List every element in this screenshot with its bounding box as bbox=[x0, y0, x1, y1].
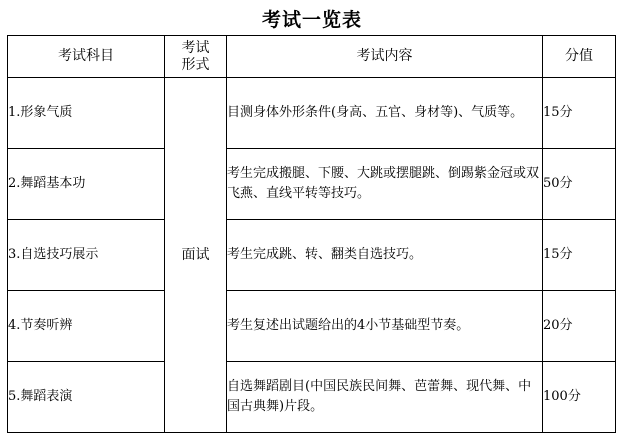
header-format: 考试 形式 bbox=[165, 36, 227, 78]
table-row: 2.舞蹈基本功 考生完成搬腿、下腰、大跳或摆腿跳、倒踢紫金冠或双飞燕、直线平转等… bbox=[8, 149, 616, 220]
score-cell: 15分 bbox=[543, 78, 616, 149]
header-format-line-1: 考试 bbox=[165, 40, 226, 57]
subject-cell: 4.节奏听辨 bbox=[8, 291, 165, 362]
exam-table: 考试科目 考试 形式 考试内容 分值 1.形象气质 面试 目测身体外形条件(身高… bbox=[7, 35, 616, 433]
content-cell: 目测身体外形条件(身高、五官、身材等)、气质等。 bbox=[227, 78, 543, 149]
header-row: 考试科目 考试 形式 考试内容 分值 bbox=[8, 36, 616, 78]
subject-cell: 5.舞蹈表演 bbox=[8, 362, 165, 433]
header-subject: 考试科目 bbox=[8, 36, 165, 78]
content-cell: 考生完成跳、转、翻类自选技巧。 bbox=[227, 220, 543, 291]
format-cell: 面试 bbox=[165, 78, 227, 433]
score-cell: 50分 bbox=[543, 149, 616, 220]
content-cell: 自选舞蹈剧目(中国民族民间舞、芭蕾舞、现代舞、中国古典舞)片段。 bbox=[227, 362, 543, 433]
subject-cell: 2.舞蹈基本功 bbox=[8, 149, 165, 220]
content-cell: 考生复述出试题给出的4小节基础型节奏。 bbox=[227, 291, 543, 362]
table-row: 5.舞蹈表演 自选舞蹈剧目(中国民族民间舞、芭蕾舞、现代舞、中国古典舞)片段。 … bbox=[8, 362, 616, 433]
subject-cell: 3.自选技巧展示 bbox=[8, 220, 165, 291]
table-row: 4.节奏听辨 考生复述出试题给出的4小节基础型节奏。 20分 bbox=[8, 291, 616, 362]
header-format-line-2: 形式 bbox=[165, 57, 226, 74]
content-cell: 考生完成搬腿、下腰、大跳或摆腿跳、倒踢紫金冠或双飞燕、直线平转等技巧。 bbox=[227, 149, 543, 220]
table-row: 1.形象气质 面试 目测身体外形条件(身高、五官、身材等)、气质等。 15分 bbox=[8, 78, 616, 149]
header-content: 考试内容 bbox=[227, 36, 543, 78]
header-score: 分值 bbox=[543, 36, 616, 78]
page-title: 考试一览表 bbox=[0, 8, 624, 32]
score-cell: 15分 bbox=[543, 220, 616, 291]
score-cell: 100分 bbox=[543, 362, 616, 433]
score-cell: 20分 bbox=[543, 291, 616, 362]
table-row: 3.自选技巧展示 考生完成跳、转、翻类自选技巧。 15分 bbox=[8, 220, 616, 291]
subject-cell: 1.形象气质 bbox=[8, 78, 165, 149]
